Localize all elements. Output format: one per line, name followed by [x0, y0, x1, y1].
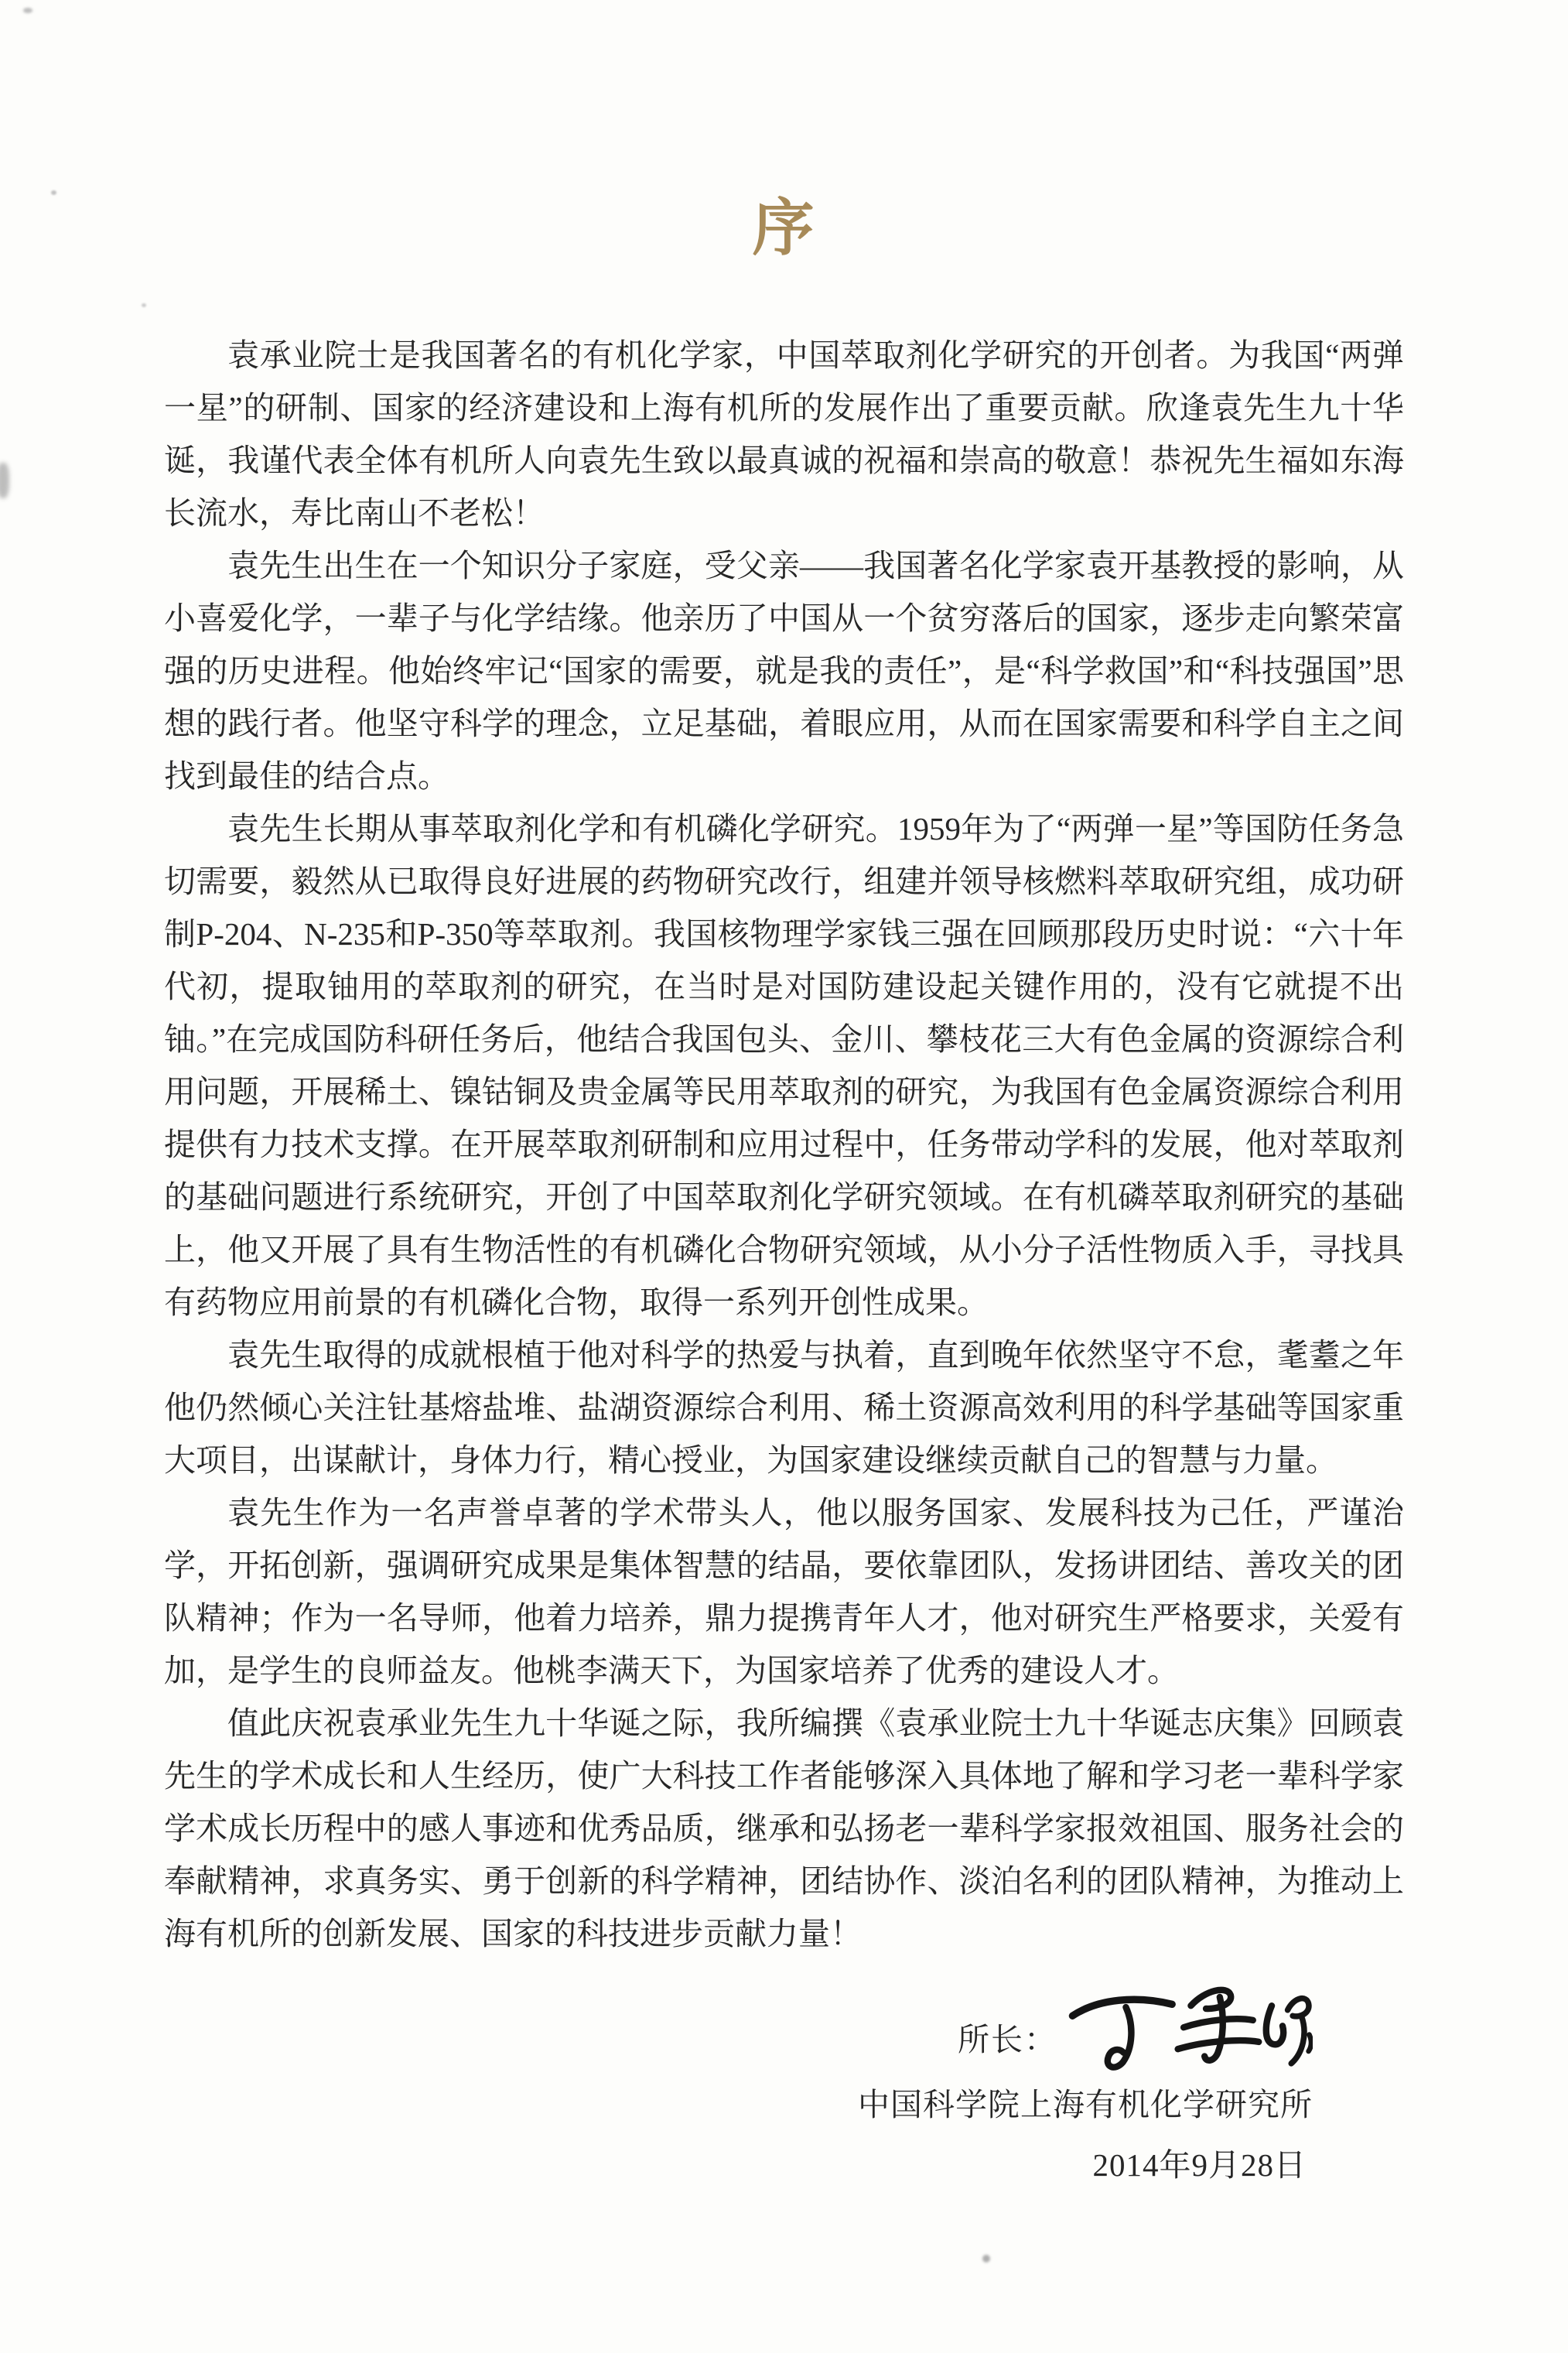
preface-body: 袁承业院士是我国著名的有机化学家，中国萃取剂化学研究的开创者。为我国“两弹一星”…: [164, 329, 1404, 1960]
paragraph-dedication: 袁先生取得的成就根植于他对科学的热爱与执着，直到晚年依然坚守不怠，耄耋之年他仍然…: [164, 1329, 1404, 1486]
page-title: 序: [0, 192, 1568, 266]
scan-speck: [982, 2255, 990, 2262]
signature-block: 所长： 中国科学院上海有机化学研究所 2014年9月28日: [0, 1975, 1568, 2184]
paragraph-intro: 袁承业院士是我国著名的有机化学家，中国萃取剂化学研究的开创者。为我国“两弹一星”…: [164, 329, 1404, 539]
institution-name: 中国科学院上海有机化学研究所: [858, 2084, 1313, 2126]
paragraph-closing: 值此庆祝袁承业先生九十华诞之际，我所编撰《袁承业院士九十华诞志庆集》回顾袁先生的…: [164, 1697, 1404, 1960]
director-signature-row: 所长：: [958, 1975, 1313, 2084]
scan-speck: [142, 303, 146, 307]
paragraph-family: 袁先生出生在一个知识分子家庭，受父亲——我国著名化学家袁开基教授的影响，从小喜爱…: [164, 539, 1404, 802]
director-handwritten-signature-icon: [1057, 1975, 1313, 2084]
paragraph-mentorship: 袁先生作为一名声誉卓著的学术带头人，他以服务国家、发展科技为己任，严谨治学，开拓…: [164, 1486, 1404, 1697]
scan-speck: [0, 463, 9, 498]
scan-speck: [23, 8, 32, 13]
paragraph-research: 袁先生长期从事萃取剂化学和有机磷化学研究。1959年为了“两弹一星”等国防任务急…: [164, 802, 1404, 1329]
director-label: 所长：: [958, 2000, 1057, 2060]
preface-page: 序 袁承业院士是我国著名的有机化学家，中国萃取剂化学研究的开创者。为我国“两弹一…: [0, 0, 1568, 2353]
signature-date: 2014年9月28日: [1093, 2146, 1307, 2184]
